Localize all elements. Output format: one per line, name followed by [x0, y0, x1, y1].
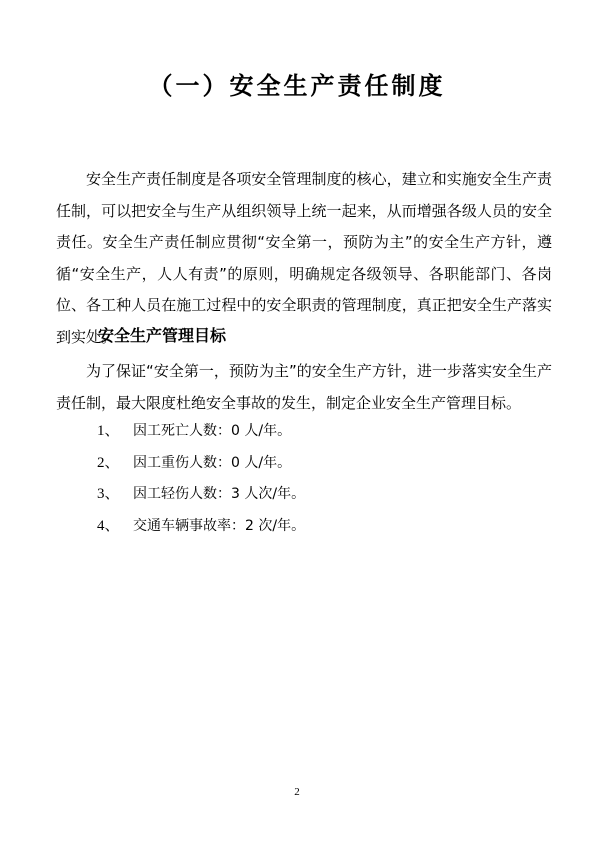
list-item: 2、 因工重伤人数：0 人/年。 — [97, 448, 305, 480]
section-heading: 安全生产管理目标 — [98, 322, 226, 350]
list-item-number: 1、 — [97, 416, 133, 448]
list-item-text: 因工重伤人数：0 人/年。 — [133, 448, 291, 480]
list-item: 3、 因工轻伤人数：3 人次/年。 — [97, 479, 305, 511]
list-item-number: 4、 — [97, 511, 133, 543]
list-item-text: 交通车辆事故率：2 次/年。 — [133, 511, 305, 543]
list-item: 4、 交通车辆事故率：2 次/年。 — [97, 511, 305, 543]
document-page: （一）安全生产责任制度 安全生产责任制度是各项安全管理制度的核心，建立和实施安全… — [0, 0, 594, 845]
list-item-number: 2、 — [97, 448, 133, 480]
page-title: （一）安全生产责任制度 — [0, 68, 594, 104]
targets-list: 1、 因工死亡人数：0 人/年。 2、 因工重伤人数：0 人/年。 3、 因工轻… — [97, 416, 305, 542]
list-item: 1、 因工死亡人数：0 人/年。 — [97, 416, 305, 448]
list-item-number: 3、 — [97, 479, 133, 511]
list-item-text: 因工死亡人数：0 人/年。 — [133, 416, 291, 448]
list-item-text: 因工轻伤人数：3 人次/年。 — [133, 479, 305, 511]
section-intro-paragraph: 为了保证“安全第一，预防为主”的安全生产方针，进一步落实安全生产责任制，最大限度… — [56, 356, 552, 419]
page-number: 2 — [0, 786, 594, 798]
